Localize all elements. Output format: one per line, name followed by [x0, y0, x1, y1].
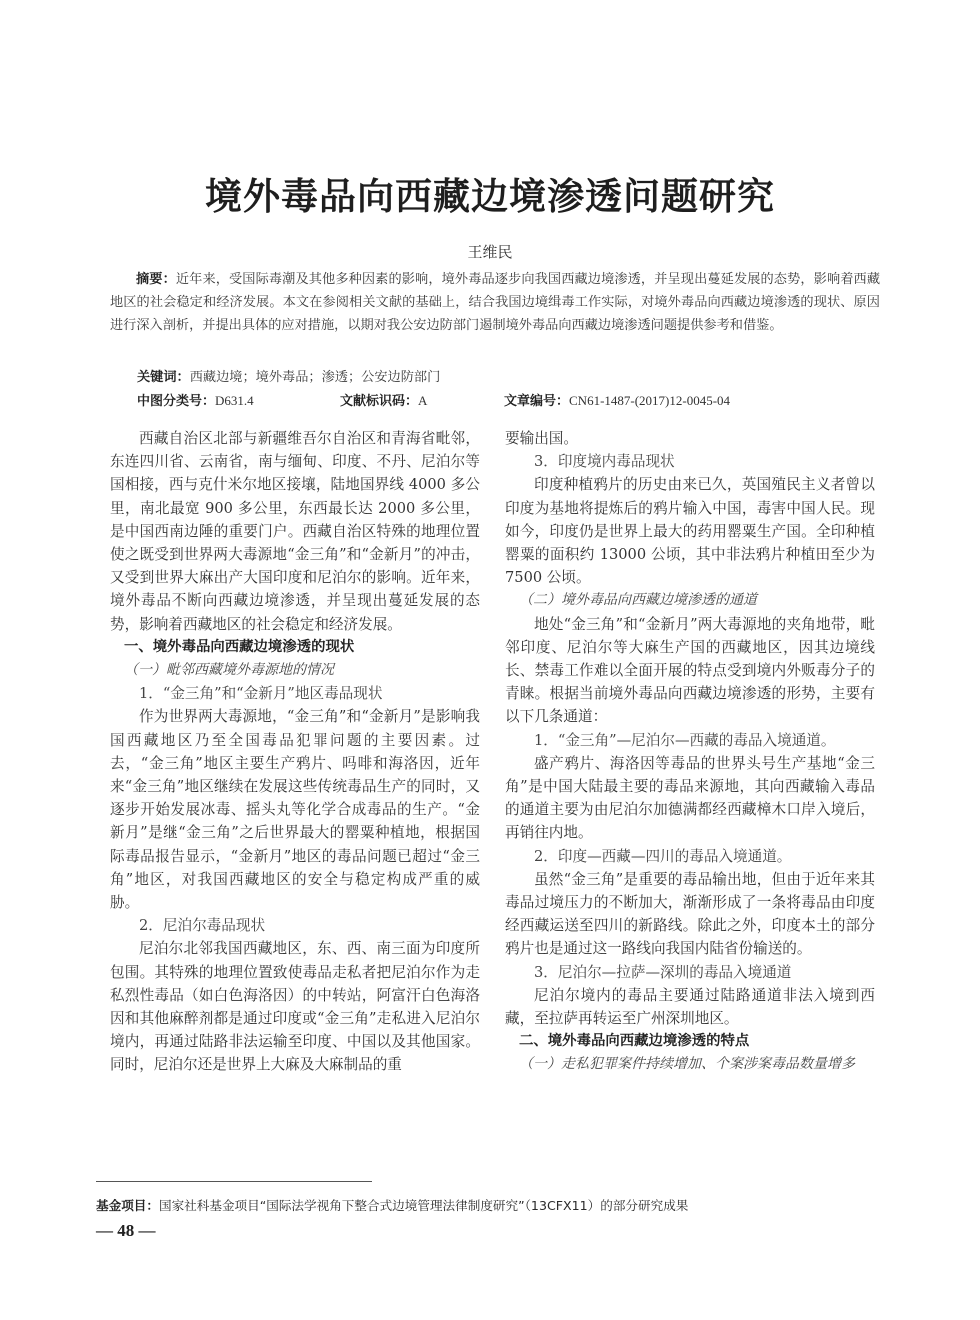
item-heading: 1．“金三角”—尼泊尔—西藏的毒品入境通道。: [505, 729, 875, 752]
subsection-heading: （一）毗邻西藏境外毒源地的情况: [110, 659, 480, 682]
paragraph: 盛产鸦片、海洛因等毒品的世界头号生产基地“金三角”是中国大陆最主要的毒品来源地，…: [505, 752, 875, 845]
item-heading: 1．“金三角”和“金新月”地区毒品现状: [110, 682, 480, 705]
section-heading: 二、境外毒品向西藏边境渗透的特点: [505, 1030, 875, 1053]
abstract: 摘要：近年来，受国际毒潮及其他多种因素的影响，境外毒品逐步向我国西藏边境渗透，并…: [110, 268, 880, 337]
abstract-label: 摘要：: [136, 272, 176, 287]
paragraph: 印度种植鸦片的历史由来已久，英国殖民主义者曾以印度为基地将提炼后的鸦片输入中国，…: [505, 473, 875, 589]
keywords-label: 关键词：: [137, 370, 190, 385]
paragraph: 西藏自治区北部与新疆维吾尔自治区和青海省毗邻，东连四川省、云南省，南与缅甸、印度…: [110, 427, 480, 636]
paragraph: 地处“金三角”和“金新月”两大毒源地的夹角地带，毗邻印度、尼泊尔等大麻生产国的西…: [505, 613, 875, 729]
page-number: — 48 —: [96, 1221, 156, 1241]
fund-text: 国家社科基金项目“国际法学视角下整合式边境管理法律制度研究”（13CFX11）的…: [159, 1198, 688, 1213]
clc-number: 中图分类号：D631.4: [137, 390, 254, 409]
item-heading: 2．印度—西藏—四川的毒品入境通道。: [505, 845, 875, 868]
subsection-heading: （二）境外毒品向西藏边境渗透的通道: [505, 589, 875, 612]
paragraph: 虽然“金三角”是重要的毒品输出地，但由于近年来其毒品过境压力的不断加大，渐渐形成…: [505, 868, 875, 961]
clc-label: 中图分类号：: [137, 394, 215, 409]
item-heading: 3．尼泊尔—拉萨—深圳的毒品入境通道: [505, 961, 875, 984]
abstract-text: 近年来，受国际毒潮及其他多种因素的影响，境外毒品逐步向我国西藏边境渗透，并呈现出…: [110, 272, 880, 333]
keywords-text: 西藏边境；境外毒品；渗透；公安边防部门: [190, 370, 441, 385]
article-title: 境外毒品向西藏边境渗透问题研究: [0, 166, 980, 220]
item-heading: 3．印度境内毒品现状: [505, 450, 875, 473]
article-number: 文章编号：CN61-1487-(2017)12-0045-04: [504, 390, 730, 409]
subsection-heading: （一）走私犯罪案件持续增加、个案涉案毒品数量增多: [505, 1053, 875, 1076]
article-author: 王维民: [0, 241, 980, 262]
document-code: 文献标识码：A: [340, 390, 427, 409]
footnote-divider: [96, 1181, 372, 1182]
keywords: 关键词：西藏边境；境外毒品；渗透；公安边防部门: [137, 366, 440, 385]
body-column-left: 西藏自治区北部与新疆维吾尔自治区和青海省毗邻，东连四川省、云南省，南与缅甸、印度…: [110, 427, 480, 1077]
doc-code-label: 文献标识码：: [340, 394, 418, 409]
body-column-right: 要输出国。 3．印度境内毒品现状 印度种植鸦片的历史由来已久，英国殖民主义者曾以…: [505, 427, 875, 1077]
item-heading: 2．尼泊尔毒品现状: [110, 914, 480, 937]
funding-note: 基金项目：国家社科基金项目“国际法学视角下整合式边境管理法律制度研究”（13CF…: [96, 1195, 688, 1214]
paragraph: 作为世界两大毒源地，“金三角”和“金新月”是影响我国西藏地区乃至全国毒品犯罪问题…: [110, 705, 480, 914]
paragraph: 尼泊尔北邻我国西藏地区，东、西、南三面为印度所包围。其特殊的地理位置致使毒品走私…: [110, 937, 480, 1076]
paragraph-continuation: 要输出国。: [505, 427, 875, 450]
section-heading: 一、境外毒品向西藏边境渗透的现状: [110, 636, 480, 659]
article-no-value: CN61-1487-(2017)12-0045-04: [569, 393, 730, 408]
clc-value: D631.4: [215, 393, 254, 408]
doc-code-value: A: [418, 393, 427, 408]
article-no-label: 文章编号：: [504, 394, 569, 409]
paragraph: 尼泊尔境内的毒品主要通过陆路通道非法入境到西藏，至拉萨再转运至广州深圳地区。: [505, 984, 875, 1030]
fund-label: 基金项目：: [96, 1198, 159, 1213]
